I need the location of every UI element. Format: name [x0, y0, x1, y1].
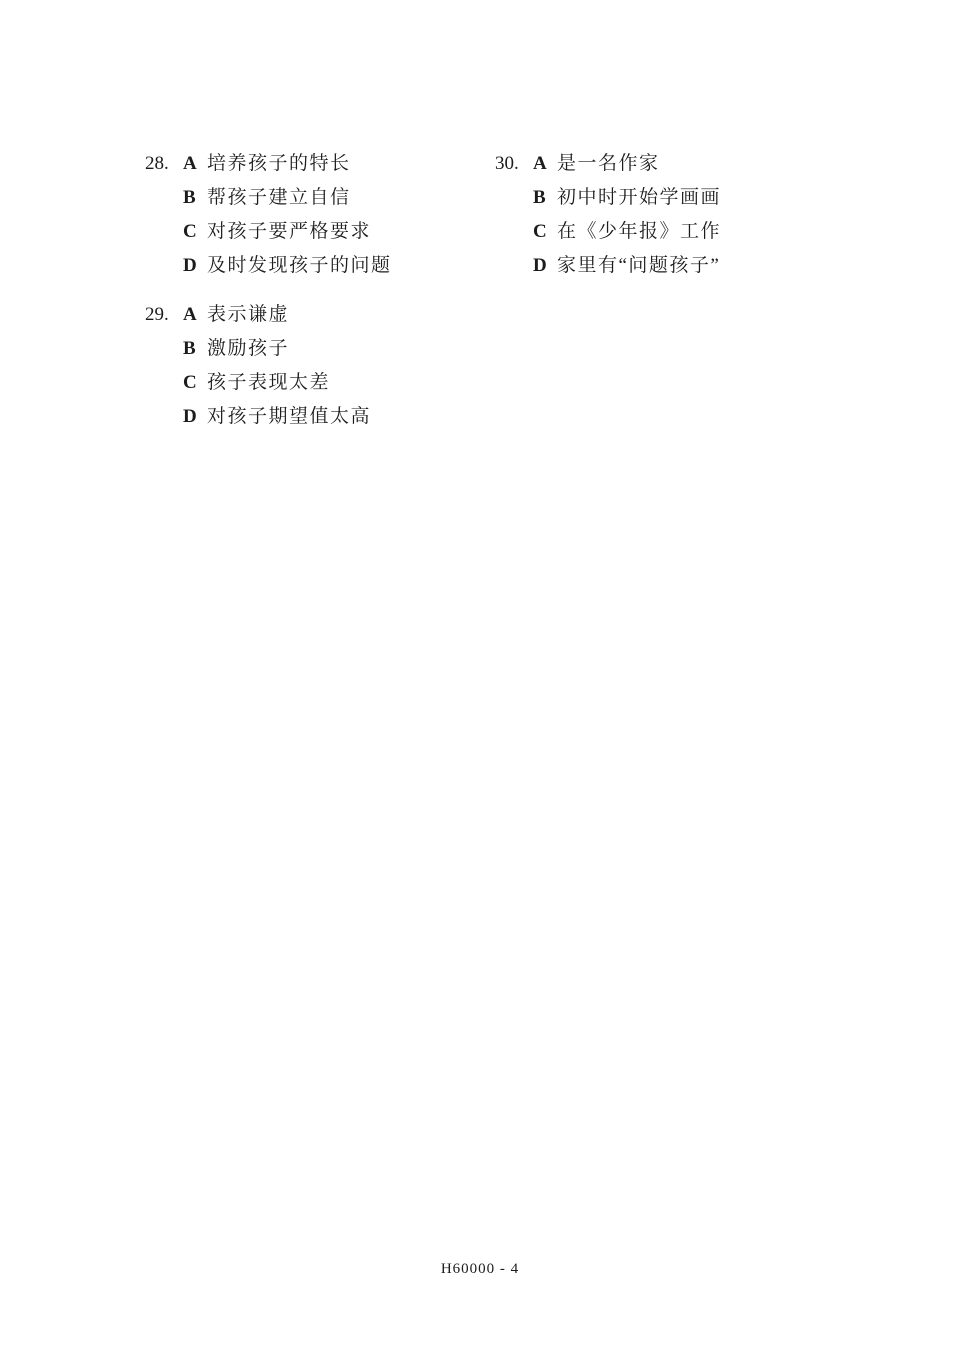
- option-letter: C: [533, 221, 557, 243]
- option-letter: A: [533, 153, 557, 175]
- option-text: 对孩子要严格要求: [207, 216, 371, 243]
- option-row: D 家里有“问题孩子”: [495, 250, 721, 271]
- option-letter: A: [183, 304, 207, 326]
- option-text: 初中时开始学画画: [557, 182, 721, 209]
- option-row: C 在《少年报》工作: [495, 216, 721, 237]
- option-text: 孩子表现太差: [207, 367, 330, 394]
- page-footer: H60000 - 4: [0, 1261, 960, 1278]
- option-text: 在《少年报》工作: [557, 216, 721, 243]
- option-letter: D: [183, 255, 207, 277]
- question-number: 28.: [145, 153, 183, 175]
- option-letter: B: [183, 187, 207, 209]
- option-row: C 对孩子要严格要求: [145, 216, 392, 237]
- page-number-label: H60000 - 4: [441, 1261, 519, 1277]
- option-row: B 帮孩子建立自信: [145, 182, 392, 203]
- question-30: 30. A 是一名作家 B 初中时开始学画画 C 在《少年报》工作 D 家里有“…: [495, 148, 721, 284]
- option-row: B 初中时开始学画画: [495, 182, 721, 203]
- option-text: 培养孩子的特长: [207, 148, 351, 175]
- option-letter: B: [183, 338, 207, 360]
- option-text: 激励孩子: [207, 333, 289, 360]
- question-number: 30.: [495, 153, 533, 175]
- option-letter: C: [183, 221, 207, 243]
- option-letter: D: [183, 406, 207, 428]
- option-row: C 孩子表现太差: [145, 367, 371, 388]
- question-number: 29.: [145, 304, 183, 326]
- option-row: 29. A 表示谦虚: [145, 299, 371, 320]
- option-text: 表示谦虚: [207, 299, 289, 326]
- option-text: 家里有“问题孩子”: [557, 250, 720, 277]
- option-row: D 及时发现孩子的问题: [145, 250, 392, 271]
- option-text: 是一名作家: [557, 148, 660, 175]
- exam-page: { "questions": [ { "number": "28.", "opt…: [0, 0, 960, 1358]
- option-text: 及时发现孩子的问题: [207, 250, 392, 277]
- question-29: 29. A 表示谦虚 B 激励孩子 C 孩子表现太差 D 对孩子期望值太高: [145, 299, 371, 435]
- option-text: 对孩子期望值太高: [207, 401, 371, 428]
- option-letter: C: [183, 372, 207, 394]
- option-letter: B: [533, 187, 557, 209]
- option-row: B 激励孩子: [145, 333, 371, 354]
- question-28: 28. A 培养孩子的特长 B 帮孩子建立自信 C 对孩子要严格要求 D 及时发…: [145, 148, 392, 284]
- option-letter: D: [533, 255, 557, 277]
- option-letter: A: [183, 153, 207, 175]
- option-row: 30. A 是一名作家: [495, 148, 721, 169]
- option-row: 28. A 培养孩子的特长: [145, 148, 392, 169]
- option-row: D 对孩子期望值太高: [145, 401, 371, 422]
- option-text: 帮孩子建立自信: [207, 182, 351, 209]
